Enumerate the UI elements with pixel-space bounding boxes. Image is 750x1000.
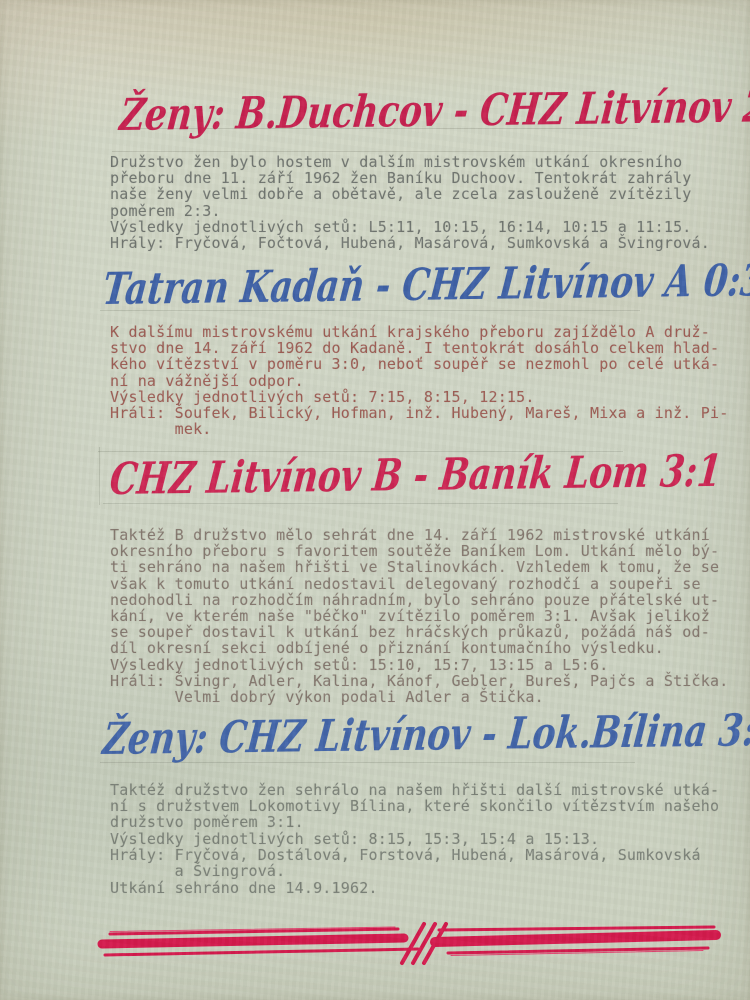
match-heading-lok-bilina: Ženy: CHZ Litvínov - Lok.Bílina 3:1 xyxy=(100,701,750,770)
match-report-text: Taktéž B družstvo mělo sehrát dne 14. zá… xyxy=(110,527,728,705)
match-report-text: Družstvo žen bylo hostem v dalším mistro… xyxy=(110,154,710,251)
divider-ornament xyxy=(85,920,733,968)
pencil-guideline xyxy=(112,151,642,152)
match-report-text: K dalšímu mistrovskému utkání krajského … xyxy=(110,324,728,437)
match-heading-banik-lom: CHZ Litvínov B - Baník Lom 3:1 xyxy=(107,442,724,510)
match-heading-tatran-kadan: Tatran Kadaň - CHZ Litvínov A 0:3 xyxy=(100,251,750,320)
scanned-page: Ženy: B.Duchcov - CHZ Litvínov 2:3 Družs… xyxy=(0,0,750,1000)
match-heading-zeny-duchcov: Ženy: B.Duchcov - CHZ Litvínov 2:3 xyxy=(117,77,750,146)
closing-note: Utkání sehráno dne 14.9.1962. xyxy=(110,880,378,896)
pencil-guideline xyxy=(99,447,100,505)
match-report-text: Taktéž družstvo žen sehrálo na našem hři… xyxy=(110,782,719,879)
red-marker-lines-icon xyxy=(85,920,733,968)
